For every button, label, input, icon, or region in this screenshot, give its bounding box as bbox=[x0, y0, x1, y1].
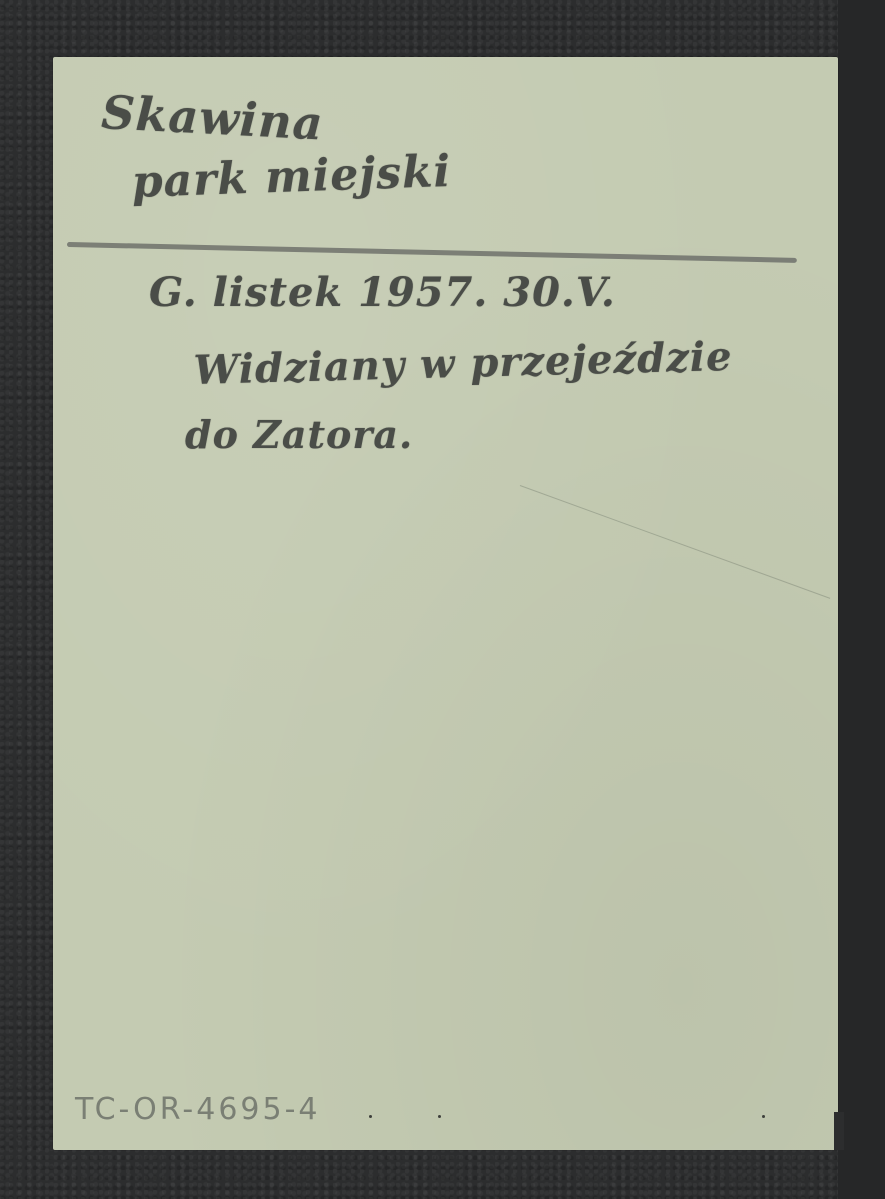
ink-dot bbox=[762, 1115, 765, 1118]
reference-number: TC-OR-4695-4 bbox=[75, 1092, 321, 1127]
ink-dot bbox=[438, 1115, 441, 1118]
entry-note-line-2: do Zatora. bbox=[185, 412, 413, 457]
card-notch bbox=[834, 1112, 844, 1150]
location-heading: park miejski bbox=[131, 146, 452, 208]
place-heading: Skawina bbox=[100, 85, 325, 151]
entry-species-date: G. listek 1957. 30.V. bbox=[149, 269, 616, 316]
index-card: Skawina park miejski G. listek 1957. 30.… bbox=[53, 57, 838, 1150]
scanner-edge-band bbox=[838, 0, 885, 1199]
paper-crease bbox=[520, 485, 830, 599]
heading-divider bbox=[67, 242, 797, 263]
entry-note-line-1: Widziany w przejeździe bbox=[193, 333, 733, 394]
ink-dot bbox=[369, 1115, 372, 1118]
